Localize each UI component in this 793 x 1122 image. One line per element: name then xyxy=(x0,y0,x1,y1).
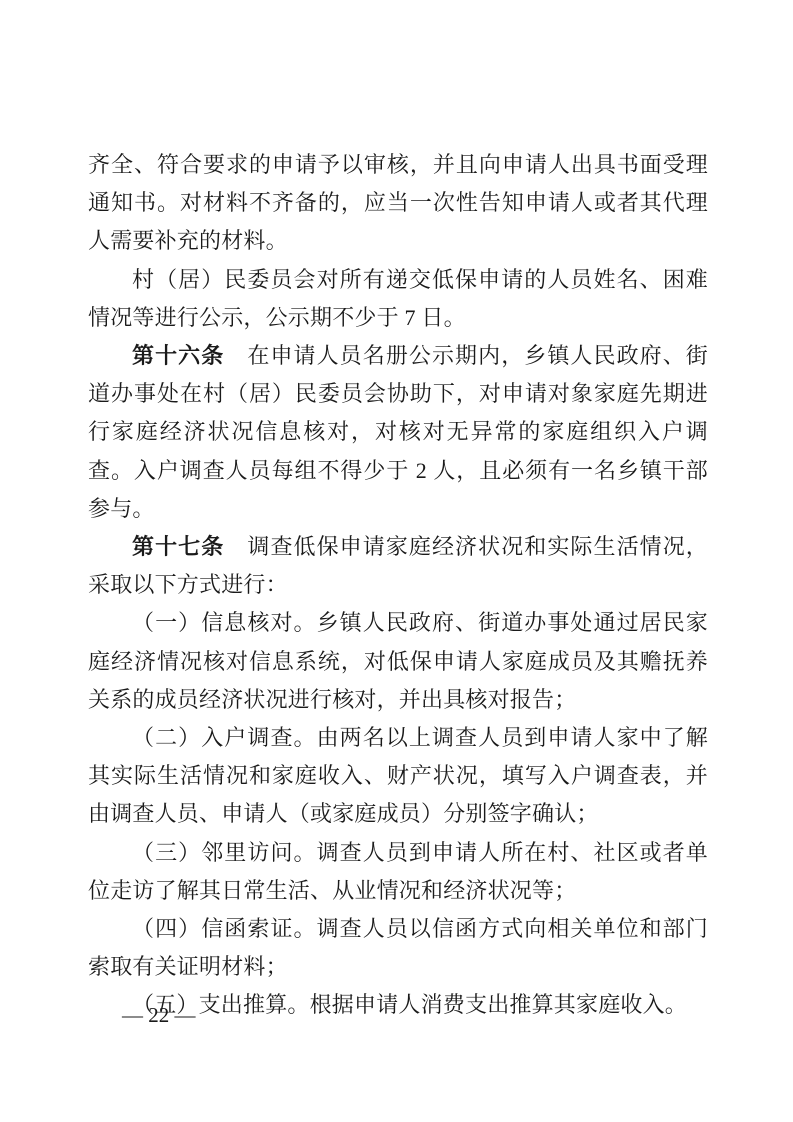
item-3-neighborhood-visit: （三）邻里访问。调查人员到申请人所在村、社区或者单位走访了解其日常生活、从业情况… xyxy=(88,834,708,910)
paragraph-text: （二）入户调查。由两名以上调查人员到申请人家中了解其实际生活情况和家庭收入、财产… xyxy=(88,725,708,826)
para-public-notice: 村（居）民委员会对所有递交低保申请的人员姓名、困难情况等进行公示，公示期不少于 … xyxy=(88,261,708,337)
document-body: 齐全、符合要求的申请予以审核，并且向申请人出具书面受理通知书。对材料不齐备的，应… xyxy=(88,146,708,1025)
paragraph-text: （一）信息核对。乡镇人民政府、街道办事处通过居民家庭经济情况核对信息系统，对低保… xyxy=(88,610,708,711)
paragraph-text: 在申请人员名册公示期内，乡镇人民政府、街道办事处在村（居）民委员会协助下，对申请… xyxy=(88,343,708,521)
article-number: 第十六条 xyxy=(132,343,224,368)
paragraph-text: （四）信函索证。调查人员以信函方式向相关单位和部门索取有关证明材料； xyxy=(88,916,708,979)
para-continuation: 齐全、符合要求的申请予以审核，并且向申请人出具书面受理通知书。对材料不齐备的，应… xyxy=(88,146,708,261)
paragraph-text: （三）邻里访问。调查人员到申请人所在村、社区或者单位走访了解其日常生活、从业情况… xyxy=(88,840,708,903)
paragraph-text: 齐全、符合要求的申请予以审核，并且向申请人出具书面受理通知书。对材料不齐备的，应… xyxy=(88,152,708,253)
document-page: 齐全、符合要求的申请予以审核，并且向申请人出具书面受理通知书。对材料不齐备的，应… xyxy=(0,0,793,1122)
item-4-letter-verification: （四）信函索证。调查人员以信函方式向相关单位和部门索取有关证明材料； xyxy=(88,910,708,986)
item-2-household-survey: （二）入户调查。由两名以上调查人员到申请人家中了解其实际生活情况和家庭收入、财产… xyxy=(88,719,708,834)
article-16: 第十六条 在申请人员名册公示期内，乡镇人民政府、街道办事处在村（居）民委员会协助… xyxy=(88,337,708,528)
paragraph-text: 村（居）民委员会对所有递交低保申请的人员姓名、困难情况等进行公示，公示期不少于 … xyxy=(88,267,708,330)
page-footer: — 22 — xyxy=(122,1003,196,1027)
article-17: 第十七条 调查低保申请家庭经济状况和实际生活情况，采取以下方式进行： xyxy=(88,528,708,604)
paragraph-text: （五）支出推算。根据申请人消费支出推算其家庭收入。 xyxy=(132,992,687,1017)
article-number: 第十七条 xyxy=(132,534,224,559)
page-number: — 22 — xyxy=(122,1003,196,1027)
item-1-information-check: （一）信息核对。乡镇人民政府、街道办事处通过居民家庭经济情况核对信息系统，对低保… xyxy=(88,604,708,719)
